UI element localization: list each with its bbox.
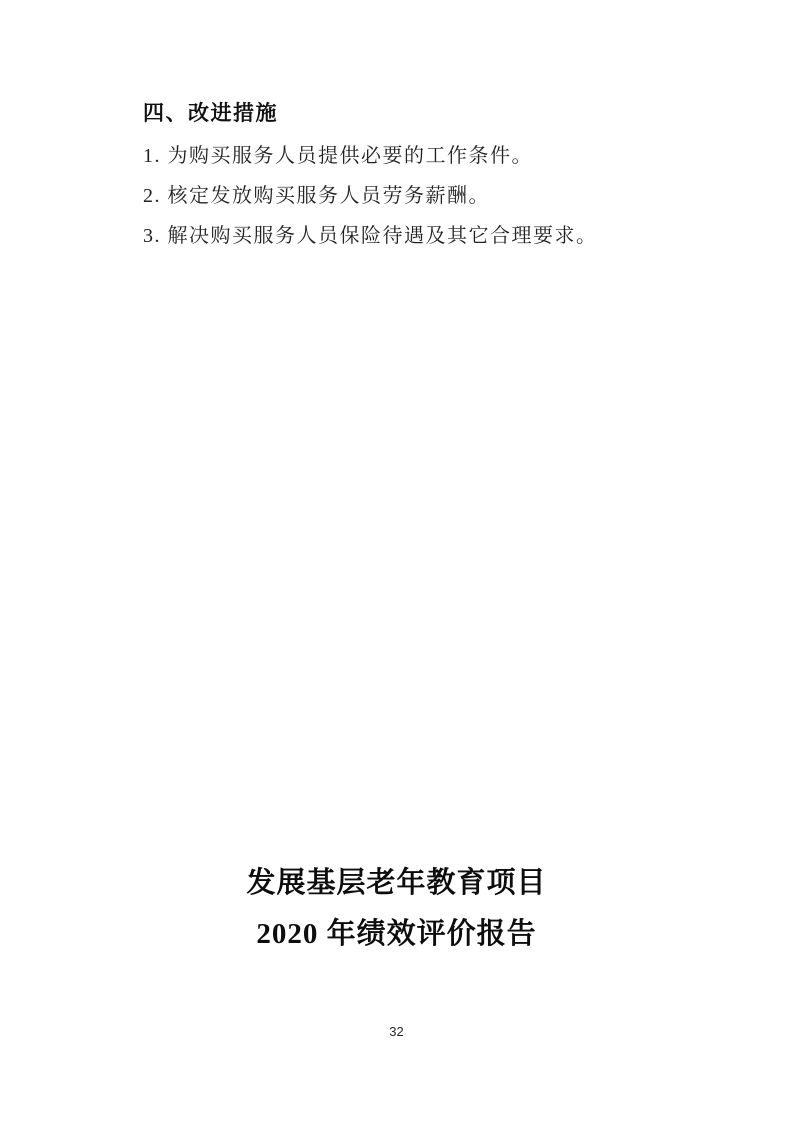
list-item-1: 1. 为购买服务人员提供必要的工作条件。 [143, 142, 533, 170]
report-title-line-2: 2020 年绩效评价报告 [0, 917, 793, 951]
list-item-3: 3. 解决购买服务人员保险待遇及其它合理要求。 [143, 222, 598, 250]
document-page: 四、改进措施 1. 为购买服务人员提供必要的工作条件。 2. 核定发放购买服务人… [0, 0, 793, 1122]
page-number: 32 [0, 1024, 793, 1040]
list-item-2: 2. 核定发放购买服务人员劳务薪酬。 [143, 182, 490, 210]
section-heading: 四、改进措施 [143, 99, 278, 129]
report-title-line-1: 发展基层老年教育项目 [0, 866, 793, 900]
